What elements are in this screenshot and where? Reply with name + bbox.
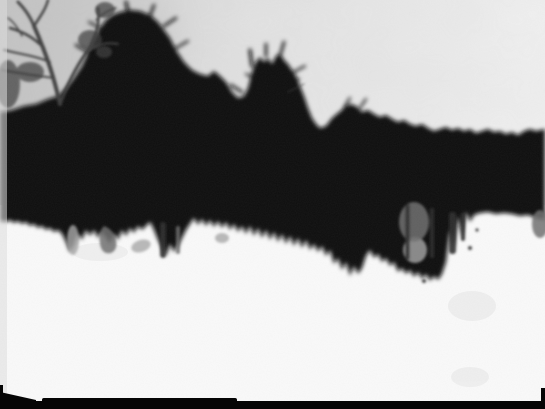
film-grain-overlay [0, 0, 545, 409]
video-frame [0, 0, 545, 409]
winter-scene [0, 0, 545, 409]
